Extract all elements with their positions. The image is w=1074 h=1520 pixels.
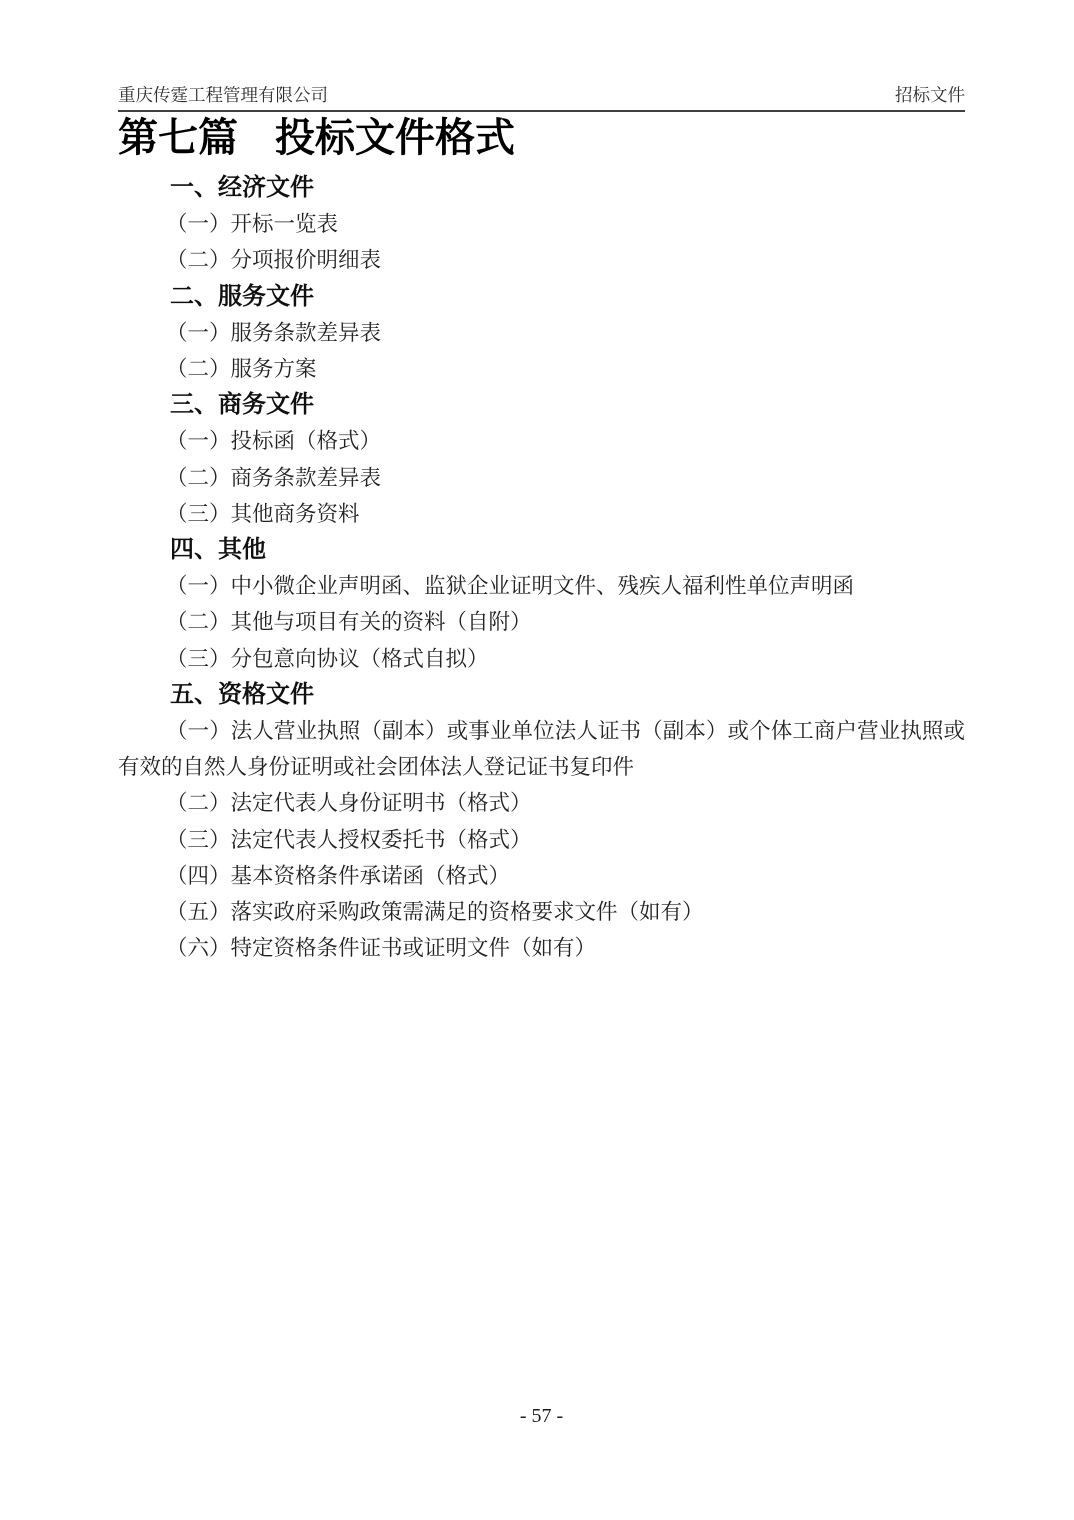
list-item: （三）分包意向协议（格式自拟） bbox=[118, 641, 965, 677]
document-section: 二、服务文件 （一）服务条款差异表（二）服务方案 bbox=[118, 279, 965, 388]
page-number: - 57 - bbox=[520, 1405, 563, 1427]
section-heading: 三、商务文件 bbox=[118, 387, 965, 423]
page-title: 第七篇投标文件格式 bbox=[118, 114, 965, 161]
list-item: （三）其他商务资料 bbox=[118, 496, 965, 532]
list-item: （一）服务条款差异表 bbox=[118, 315, 965, 351]
list-item: （一）法人营业执照（副本）或事业单位法人证书（副本）或个体工商户营业执照或有效的… bbox=[118, 713, 965, 785]
page-title-text: 投标文件格式 bbox=[275, 115, 515, 160]
list-item: （四）基本资格条件承诺函（格式） bbox=[118, 858, 965, 894]
document-page: 重庆传霆工程管理有限公司 招标文件 第七篇投标文件格式 一、经济文件 （一）开标… bbox=[118, 0, 965, 1520]
header-rule bbox=[118, 110, 965, 112]
section-items: （一）开标一览表（二）分项报价明细表 bbox=[118, 206, 965, 278]
section-heading: 四、其他 bbox=[118, 532, 965, 568]
list-item: （二）其他与项目有关的资料（自附） bbox=[118, 604, 965, 640]
section-items: （一）服务条款差异表（二）服务方案 bbox=[118, 315, 965, 387]
document-section: 四、其他 （一）中小微企业声明函、监狱企业证明文件、残疾人福利性单位声明函（二）… bbox=[118, 532, 965, 677]
section-items: （一）投标函（格式）（二）商务条款差异表（三）其他商务资料 bbox=[118, 423, 965, 532]
list-item: （一）开标一览表 bbox=[118, 206, 965, 242]
list-item: （六）特定资格条件证书或证明文件（如有） bbox=[118, 930, 965, 966]
section-items: （一）中小微企业声明函、监狱企业证明文件、残疾人福利性单位声明函（二）其他与项目… bbox=[118, 568, 965, 677]
document-section: 五、资格文件 （一）法人营业执照（副本）或事业单位法人证书（副本）或个体工商户营… bbox=[118, 677, 965, 967]
list-item: （一）投标函（格式） bbox=[118, 423, 965, 459]
list-item: （二）法定代表人身份证明书（格式） bbox=[118, 785, 965, 821]
section-heading: 一、经济文件 bbox=[118, 170, 965, 206]
page-footer: - 57 - bbox=[118, 1404, 965, 1428]
section-heading: 二、服务文件 bbox=[118, 279, 965, 315]
list-item: （二）分项报价明细表 bbox=[118, 242, 965, 278]
section-heading: 五、资格文件 bbox=[118, 677, 965, 713]
list-item: （五）落实政府采购政策需满足的资格要求文件（如有） bbox=[118, 894, 965, 930]
list-item: （二）商务条款差异表 bbox=[118, 460, 965, 496]
page-title-part: 第七篇 bbox=[118, 115, 238, 160]
page-header: 重庆传霆工程管理有限公司 招标文件 bbox=[118, 0, 965, 106]
section-items: （一）法人营业执照（副本）或事业单位法人证书（副本）或个体工商户营业执照或有效的… bbox=[118, 713, 965, 966]
list-item: （一）中小微企业声明函、监狱企业证明文件、残疾人福利性单位声明函 bbox=[118, 568, 965, 604]
document-section: 三、商务文件 （一）投标函（格式）（二）商务条款差异表（三）其他商务资料 bbox=[118, 387, 965, 532]
header-company-name: 重庆传霆工程管理有限公司 bbox=[118, 84, 328, 106]
document-section: 一、经济文件 （一）开标一览表（二）分项报价明细表 bbox=[118, 170, 965, 279]
list-item: （三）法定代表人授权委托书（格式） bbox=[118, 822, 965, 858]
list-item: （二）服务方案 bbox=[118, 351, 965, 387]
header-doc-label: 招标文件 bbox=[895, 84, 965, 106]
sections-container: 一、经济文件 （一）开标一览表（二）分项报价明细表 二、服务文件 （一）服务条款… bbox=[118, 170, 965, 966]
